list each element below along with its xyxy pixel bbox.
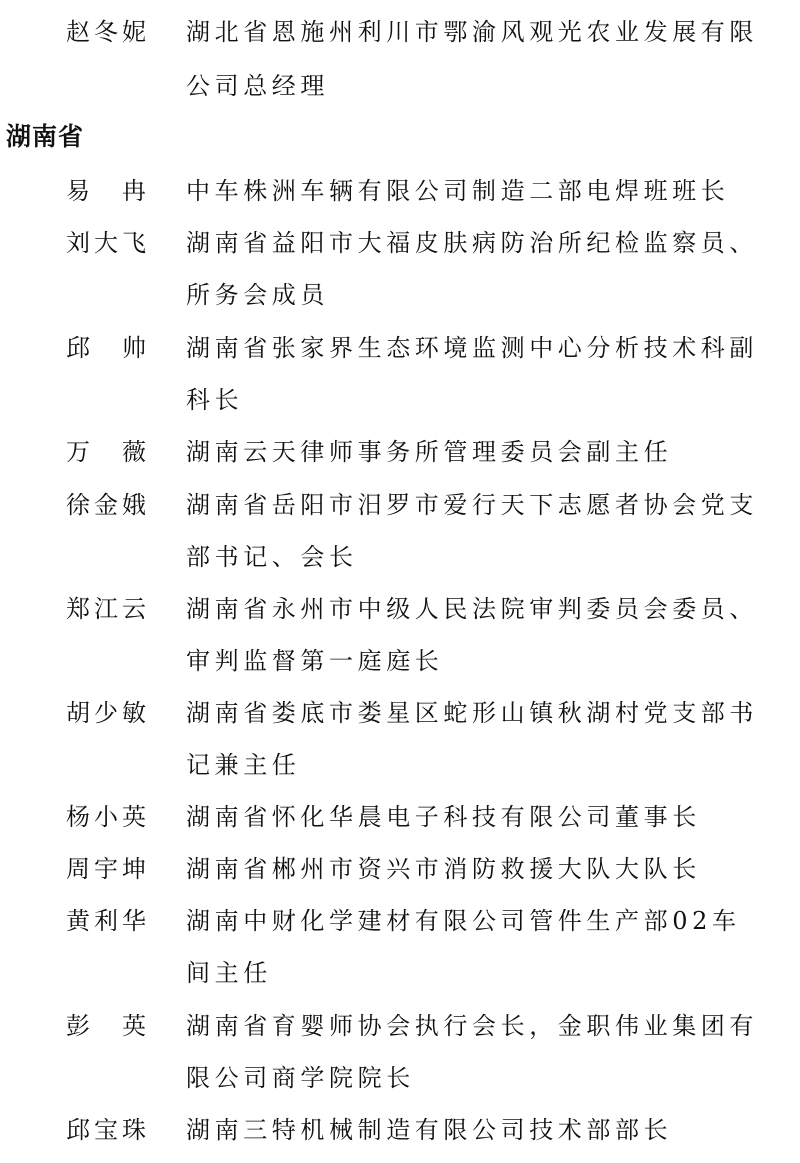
person-title-cont: 部书记、会长	[186, 537, 358, 577]
person-name: 黄利华	[66, 901, 158, 941]
person-name: 赵冬妮	[66, 12, 158, 52]
person-title: 湖南三特机械制造有限公司技术部部长	[186, 1110, 672, 1150]
person-name: 邱 帅	[66, 328, 158, 368]
person-title-cont: 记兼主任	[186, 745, 300, 785]
person-name: 周宇坤	[66, 849, 158, 889]
person-name: 易 冉	[66, 171, 158, 211]
person-name: 万 薇	[66, 432, 158, 472]
person-title: 湖南省娄底市娄星区蛇形山镇秋湖村党支部书	[186, 693, 758, 733]
person-name: 刘大飞	[66, 223, 158, 263]
person-name: 杨小英	[66, 797, 158, 837]
person-title: 湖北省恩施州利川市鄂渝风观光农业发展有限	[186, 12, 758, 52]
person-title-cont: 公司总经理	[186, 66, 329, 106]
person-title: 湖南省岳阳市汨罗市爱行天下志愿者协会党支	[186, 485, 758, 525]
person-title-cont: 所务会成员	[186, 275, 329, 315]
person-title: 湖南省郴州市资兴市消防救援大队大队长	[186, 849, 701, 889]
person-name: 胡少敏	[66, 693, 158, 733]
person-title: 湖南省永州市中级人民法院审判委员会委员、	[186, 589, 758, 629]
person-title-cont: 审判监督第一庭庭长	[186, 641, 443, 681]
person-name: 邱宝珠	[66, 1110, 158, 1150]
person-name: 彭 英	[66, 1006, 158, 1046]
section-heading: 湖南省	[6, 117, 84, 157]
person-title: 湖南省育婴师协会执行会长，金职伟业集团有	[186, 1006, 758, 1046]
person-title-cont: 科长	[186, 380, 243, 420]
person-title-cont: 间主任	[186, 953, 272, 993]
person-title: 中车株洲车辆有限公司制造二部电焊班班长	[186, 171, 729, 211]
person-title: 湖南云天律师事务所管理委员会副主任	[186, 432, 672, 472]
person-name: 徐金娥	[66, 485, 158, 525]
person-title: 湖南省怀化华晨电子科技有限公司董事长	[186, 797, 701, 837]
person-name: 郑江云	[66, 589, 158, 629]
person-title: 湖南省张家界生态环境监测中心分析技术科副	[186, 328, 758, 368]
person-title-cont: 限公司商学院院长	[186, 1058, 415, 1098]
person-title: 湖南中财化学建材有限公司管件生产部02车	[186, 901, 741, 941]
person-title: 湖南省益阳市大福皮肤病防治所纪检监察员、	[186, 223, 758, 263]
